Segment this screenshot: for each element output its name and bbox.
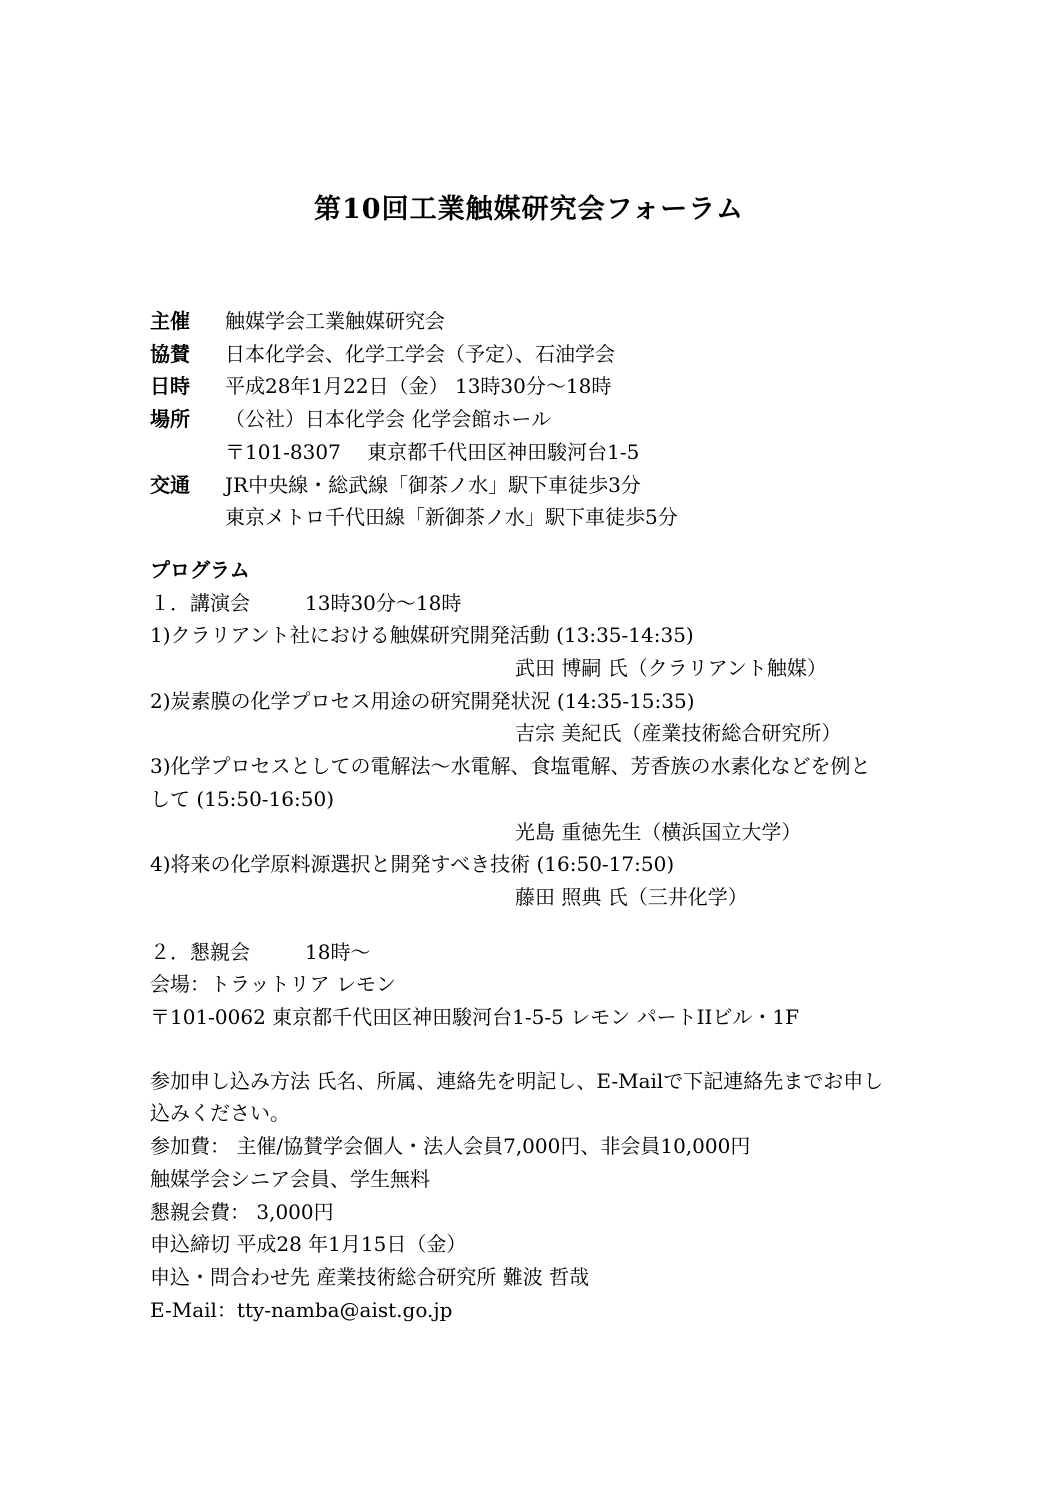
place-address-line: 〒101-8307 東京都千代田区神田駿河台1-5: [225, 436, 908, 469]
social-session-row: ２．懇親会18時～: [150, 936, 908, 969]
info-row-place: 場所 （公社）日本化学会 化学会館ホール 〒101-8307 東京都千代田区神田…: [150, 403, 908, 468]
social-session-time: 18時～: [305, 940, 370, 964]
contact-line: 申込・問合わせ先 産業技術総合研究所 難波 哲哉: [150, 1261, 908, 1294]
program-item-4: 4)将来の化学原料源選択と開発すべき技術 (16:50-17:50): [150, 848, 908, 881]
program-section: プログラム １．講演会13時30分～18時 1)クラリアント社における触媒研究開…: [150, 554, 908, 914]
info-value-sponsor: 日本化学会、化学工学会（予定）、石油学会: [225, 338, 908, 371]
email-line: E-Mail：tty-namba@aist.go.jp: [150, 1294, 908, 1327]
info-value-place: （公社）日本化学会 化学会館ホール 〒101-8307 東京都千代田区神田駿河台…: [225, 403, 908, 468]
social-session-title: ２．懇親会: [150, 940, 250, 964]
info-label-access: 交通: [150, 469, 225, 534]
deadline-line: 申込締切 平成28 年1月15日（金）: [150, 1228, 908, 1261]
info-label-place: 場所: [150, 403, 225, 468]
social-venue-line: 会場：トラットリア レモン: [150, 968, 908, 1001]
info-row-datetime: 日時 平成28年1月22日（金） 13時30分～18時: [150, 370, 908, 403]
info-label-sponsor: 協賛: [150, 338, 225, 371]
lecture-session-title: １．講演会: [150, 591, 250, 615]
info-row-sponsor: 協賛 日本化学会、化学工学会（予定）、石油学会: [150, 338, 908, 371]
free-admission-line: 触媒学会シニア会員、学生無料: [150, 1163, 908, 1196]
lecture-session-time: 13時30分～18時: [305, 591, 461, 615]
application-method-line: 参加申し込み方法 氏名、所属、連絡先を明記し、E-Mailで下記連絡先までお申し…: [150, 1065, 908, 1130]
social-section: ２．懇親会18時～ 会場：トラットリア レモン 〒101-0062 東京都千代田…: [150, 936, 908, 1034]
info-row-organizer: 主催 触媒学会工業触媒研究会: [150, 305, 908, 338]
info-label-datetime: 日時: [150, 370, 225, 403]
info-label-organizer: 主催: [150, 305, 225, 338]
document-title: 第10回工業触媒研究会フォーラム: [150, 193, 908, 227]
info-value-datetime: 平成28年1月22日（金） 13時30分～18時: [225, 370, 908, 403]
info-value-organizer: 触媒学会工業触媒研究会: [225, 305, 908, 338]
speaker-line-2: 吉宗 美紀氏（産業技術総合研究所）: [150, 717, 908, 750]
program-item-1: 1)クラリアント社における触媒研究開発活動 (13:35-14:35): [150, 619, 908, 652]
social-fee-line: 懇親会費： 3,000円: [150, 1196, 908, 1229]
access-line-jr: JR中央線・総武線「御茶ノ水」駅下車徒歩3分: [225, 469, 908, 502]
speaker-line-3: 光島 重徳先生（横浜国立大学）: [150, 816, 908, 849]
program-item-2: 2)炭素膜の化学プロセス用途の研究開発状況 (14:35-15:35): [150, 685, 908, 718]
speaker-line-1: 武田 博嗣 氏（クラリアント触媒）: [150, 652, 908, 685]
info-value-access: JR中央線・総武線「御茶ノ水」駅下車徒歩3分 東京メトロ千代田線「新御茶ノ水」駅…: [225, 469, 908, 534]
document-page: 第10回工業触媒研究会フォーラム 主催 触媒学会工業触媒研究会 協賛 日本化学会…: [0, 0, 1058, 1497]
place-venue-line: （公社）日本化学会 化学会館ホール: [225, 403, 908, 436]
info-row-access: 交通 JR中央線・総武線「御茶ノ水」駅下車徒歩3分 東京メトロ千代田線「新御茶ノ…: [150, 469, 908, 534]
info-section: 主催 触媒学会工業触媒研究会 協賛 日本化学会、化学工学会（予定）、石油学会 日…: [150, 305, 908, 534]
speaker-line-4: 藤田 照典 氏（三井化学）: [150, 881, 908, 914]
participation-fee-line: 参加費： 主催/協賛学会個人・法人会員7,000円、非会員10,000円: [150, 1130, 908, 1163]
access-line-metro: 東京メトロ千代田線「新御茶ノ水」駅下車徒歩5分: [225, 501, 908, 534]
program-heading: プログラム: [150, 554, 908, 587]
lecture-session-row: １．講演会13時30分～18時: [150, 587, 908, 620]
social-address-line: 〒101-0062 東京都千代田区神田駿河台1-5-5 レモン パートIIビル・…: [150, 1001, 908, 1034]
application-section: 参加申し込み方法 氏名、所属、連絡先を明記し、E-Mailで下記連絡先までお申し…: [150, 1065, 908, 1327]
program-item-3: 3)化学プロセスとしての電解法～水電解、食塩電解、芳香族の水素化などを例と して…: [150, 750, 908, 815]
